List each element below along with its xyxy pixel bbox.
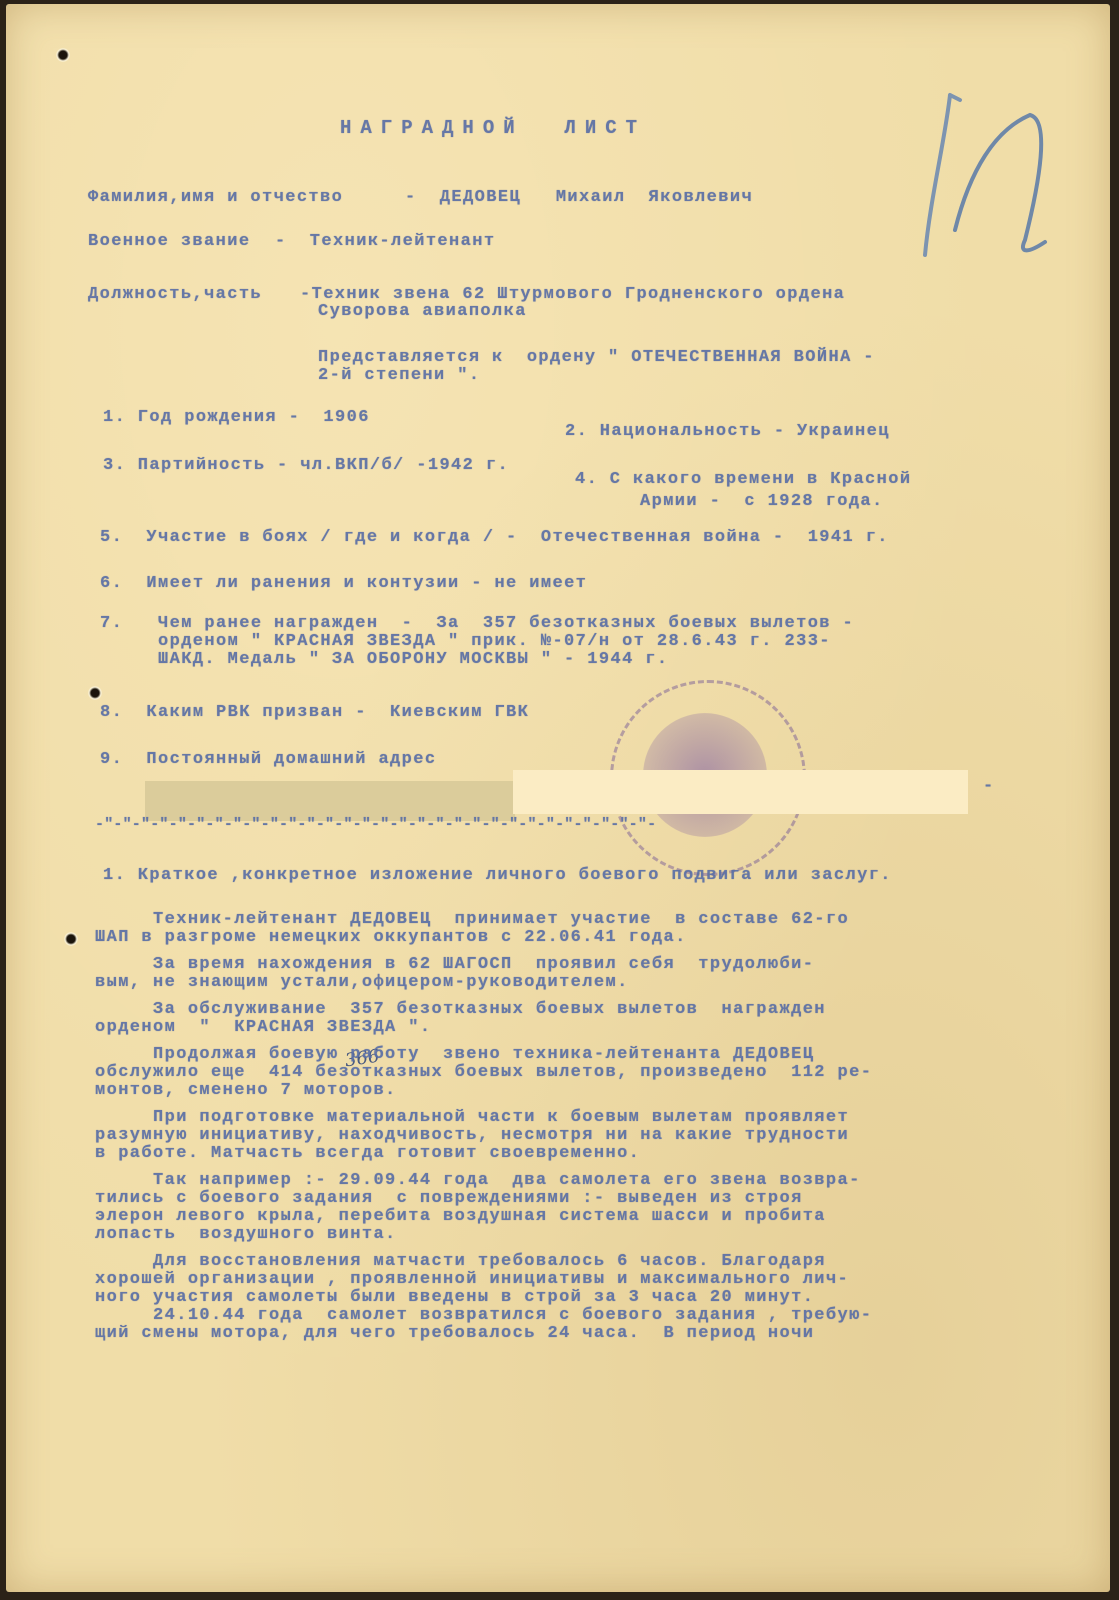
- field-birth-year: 1. Год рождения - 1906: [103, 408, 370, 428]
- body-line: За время нахождения в 62 ШАГОСП проявил …: [95, 955, 814, 975]
- body-line: орденом " КРАСНАЯ ЗВЕЗДА ".: [95, 1018, 431, 1038]
- handwritten-mark-icon: [900, 80, 1050, 260]
- award-line-2: 2-й степени ".: [318, 366, 480, 386]
- award-line-1: Представляется к ордену " ОТЕЧЕСТВЕННАЯ …: [318, 348, 875, 368]
- body-line: Продолжая боевую работу звено техника-ле…: [95, 1045, 814, 1065]
- position-line-2: Суворова авиаполка: [318, 302, 527, 322]
- section-separator: -"-"-"-"-"-"-"-"-"-"-"-"-"-"-"-"-"-"-"-"…: [95, 815, 656, 835]
- body-line: Для восстановления матчасти требовалось …: [95, 1252, 826, 1272]
- name-value: - ДЕДОВЕЦ Михаил Яковлевич: [405, 188, 753, 208]
- document-title: НАГРАДНОЙ ЛИСТ: [340, 118, 646, 138]
- position-label: Должность,часть: [88, 285, 262, 305]
- field-conscription: 8. Каким РВК призван - Киевским ГВК: [100, 703, 529, 723]
- rank-value: - Техник-лейтенант: [275, 232, 495, 252]
- punch-hole-icon: [88, 686, 102, 700]
- body-line: 24.10.44 года самолет возвратился с боев…: [95, 1306, 872, 1326]
- body-line: хорошей организации , проявленной инициа…: [95, 1270, 849, 1290]
- body-line: При подготовке материальной части к боев…: [95, 1108, 849, 1128]
- field-prior-awards-line-2: орденом " КРАСНАЯ ЗВЕЗДА " прик. №-07/н …: [158, 632, 831, 652]
- field-home-address: 9. Постоянный домашний адрес: [100, 750, 436, 770]
- rank-label: Военное звание: [88, 232, 250, 252]
- redaction-box: [513, 770, 968, 814]
- field-prior-awards: 7. Чем ранее награжден - За 357 безотказ…: [100, 614, 854, 634]
- field-address-dash: -: [983, 777, 995, 797]
- body-line: вым, не знающим устали,офицером-руководи…: [95, 973, 629, 993]
- body-line: тились с боевого задания с повреждениями…: [95, 1189, 803, 1209]
- body-line: щий смены мотора, для чего требовалось 2…: [95, 1324, 814, 1344]
- field-party: 3. Партийность - чл.ВКП/б/ -1942 г.: [103, 456, 509, 476]
- field-wounds: 6. Имеет ли ранения и контузии - не имее…: [100, 574, 587, 594]
- punch-hole-icon: [56, 48, 70, 62]
- name-label: Фамилия,имя и отчество: [88, 188, 343, 208]
- field-army-since: 4. С какого времени в Красной: [575, 470, 911, 490]
- section-heading: 1. Краткое ,конкретное изложение личного…: [103, 866, 892, 886]
- body-line: Техник-лейтенант ДЕДОВЕЦ принимает участ…: [95, 910, 849, 930]
- field-army-since-value: Армии - с 1928 года.: [640, 492, 884, 512]
- body-line: лопасть воздушного винта.: [95, 1225, 397, 1245]
- body-line: обслужило еще 414 безотказных боевых выл…: [95, 1063, 872, 1083]
- field-nationality: 2. Национальность - Украинец: [565, 422, 890, 442]
- body-line: монтов, сменено 7 моторов.: [95, 1081, 397, 1101]
- body-line: Так например :- 29.09.44 года два самоле…: [95, 1171, 861, 1191]
- body-line: ного участия самолеты были введены в стр…: [95, 1288, 814, 1308]
- body-line: элерон левого крыла, перебита воздушная …: [95, 1207, 826, 1227]
- field-prior-awards-line-3: ШАКД. Медаль " ЗА ОБОРОНУ МОСКВЫ " - 194…: [158, 650, 668, 670]
- punch-hole-icon: [64, 932, 78, 946]
- field-combat: 5. Участие в боях / где и когда / - Отеч…: [100, 528, 889, 548]
- body-line: в работе. Матчасть всегда готовит своевр…: [95, 1144, 640, 1164]
- body-line: ШАП в разгроме немецких оккупантов с 22.…: [95, 928, 687, 948]
- body-line: За обслуживание 357 безотказных боевых в…: [95, 1000, 826, 1020]
- body-line: разумную инициативу, находчивость, несмо…: [95, 1126, 849, 1146]
